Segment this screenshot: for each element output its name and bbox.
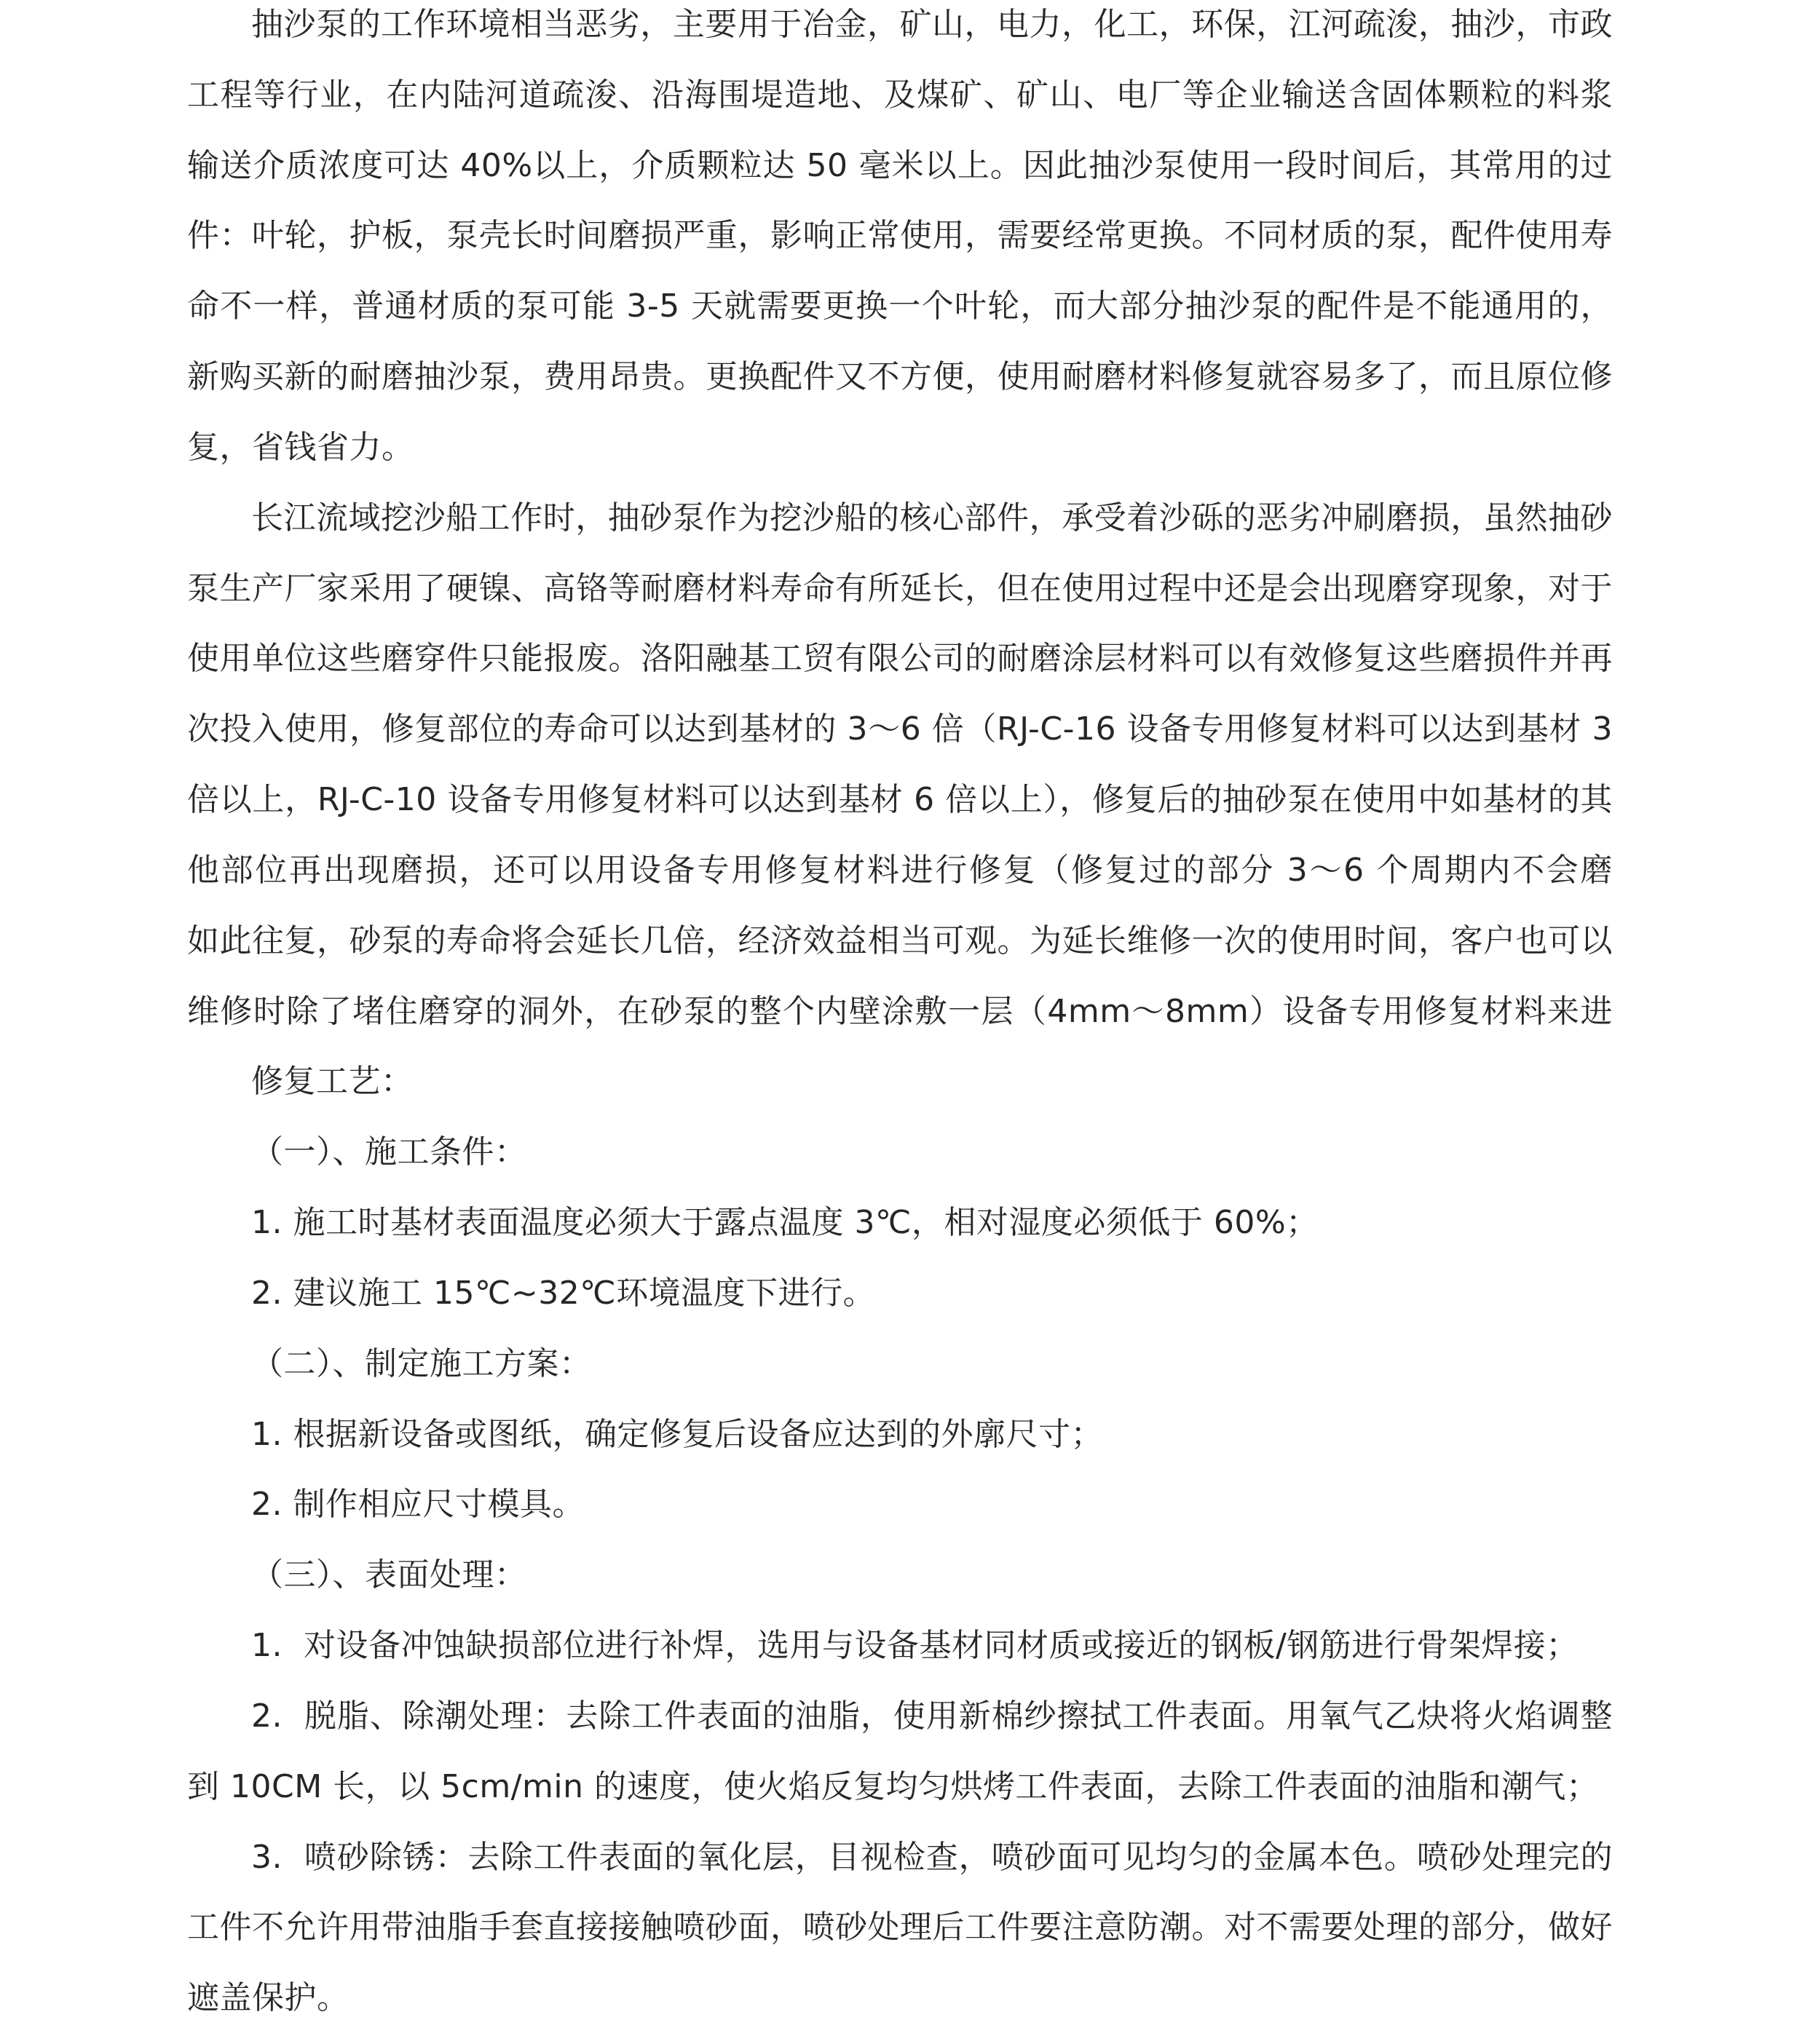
text-line: 到 10CM 长，以 5cm/min 的速度，使火焰反复均匀烘烤工件表面，去除工… <box>187 1752 1613 1823</box>
list-item-surface-1-welding: 1. 对设备冲蚀缺损部位进行补焊，选用与设备基材同材质或接近的钢板/钢筋进行骨架… <box>187 1611 1613 1681</box>
paragraph-intro-pump-environment: 抽沙泵的工作环境相当恶劣，主要用于冶金，矿山，电力，化工，环保，江河疏浚，抽沙，… <box>187 0 1613 483</box>
document-body: 抽沙泵的工作环境相当恶劣，主要用于冶金，矿山，电力，化工，环保，江河疏浚，抽沙，… <box>187 0 1613 2034</box>
heading-repair-process: 修复工艺： <box>187 1047 1613 1117</box>
list-item-condition-1: 1. 施工时基材表面温度必须大于露点温度 3℃，相对湿度必须低于 60%； <box>187 1188 1613 1259</box>
document-page: 抽沙泵的工作环境相当恶劣，主要用于冶金，矿山，电力，化工，环保，江河疏浚，抽沙，… <box>0 0 1805 2044</box>
text-line: 3. 喷砂除锈：去除工件表面的氧化层，目视检查，喷砂面可见均匀的金属本色。喷砂处… <box>187 1823 1613 1893</box>
text-line: 倍以上，RJ-C-10 设备专用修复材料可以达到基材 6 倍以上），修复后的抽砂… <box>187 765 1613 836</box>
text-line: 他部位再出现磨损，还可以用设备专用修复材料进行修复（修复过的部分 3～6 个周期… <box>187 836 1613 906</box>
text-line: 如此往复，砂泵的寿命将会延长几倍，经济效益相当可观。为延长维修一次的使用时间，客… <box>187 906 1613 977</box>
text-line: 遮盖保护。 <box>187 1963 1613 2034</box>
text-line: 复，省钱省力。 <box>187 413 1613 483</box>
text-line: 1. 对设备冲蚀缺损部位进行补焊，选用与设备基材同材质或接近的钢板/钢筋进行骨架… <box>187 1611 1613 1681</box>
text-line: 1. 施工时基材表面温度必须大于露点温度 3℃，相对湿度必须低于 60%； <box>187 1188 1613 1259</box>
text-line: 泵生产厂家采用了硬镍、高铬等耐磨材料寿命有所延长，但在使用过程中还是会出现磨穿现… <box>187 554 1613 625</box>
text-line: 件：叶轮，护板，泵壳长时间磨损严重，影响正常使用，需要经常更换。不同材质的泵，配… <box>187 201 1613 272</box>
list-item-plan-2: 2. 制作相应尺寸模具。 <box>187 1470 1613 1540</box>
list-item-condition-2: 2. 建议施工 15℃~32℃环境温度下进行。 <box>187 1259 1613 1329</box>
text-line: 2. 制作相应尺寸模具。 <box>187 1470 1613 1540</box>
heading-section-2-construction-plan: （二）、制定施工方案： <box>187 1329 1613 1400</box>
text-line: 工程等行业，在内陆河道疏浚、沿海围堤造地、及煤矿、矿山、电厂等企业输送含固体颗粒… <box>187 60 1613 131</box>
list-item-surface-2-degreasing: 2. 脱脂、除潮处理：去除工件表面的油脂，使用新棉纱擦拭工件表面。用氧气乙炔将火… <box>187 1681 1613 1823</box>
text-line: （二）、制定施工方案： <box>187 1329 1613 1400</box>
list-item-surface-3-sandblasting: 3. 喷砂除锈：去除工件表面的氧化层，目视检查，喷砂面可见均匀的金属本色。喷砂处… <box>187 1823 1613 2034</box>
text-line: 次投入使用，修复部位的寿命可以达到基材的 3～6 倍（RJ-C-16 设备专用修… <box>187 694 1613 765</box>
heading-section-3-surface-treatment: （三）、表面处理： <box>187 1540 1613 1611</box>
text-line: 输送介质浓度可达 40%以上，介质颗粒达 50 毫米以上。因此抽沙泵使用一段时间… <box>187 131 1613 202</box>
text-line: 2. 脱脂、除潮处理：去除工件表面的油脂，使用新棉纱擦拭工件表面。用氧气乙炔将火… <box>187 1681 1613 1752</box>
text-line: 抽沙泵的工作环境相当恶劣，主要用于冶金，矿山，电力，化工，环保，江河疏浚，抽沙，… <box>187 0 1613 60</box>
text-line: 长江流域挖沙船工作时，抽砂泵作为挖沙船的核心部件，承受着沙砾的恶劣冲刷磨损，虽然… <box>187 483 1613 554</box>
list-item-plan-1: 1. 根据新设备或图纸，确定修复后设备应达到的外廓尺寸； <box>187 1400 1613 1470</box>
text-line: 新购买新的耐磨抽沙泵，费用昂贵。更换配件又不方便，使用耐磨材料修复就容易多了，而… <box>187 342 1613 413</box>
text-line: 使用单位这些磨穿件只能报废。洛阳融基工贸有限公司的耐磨涂层材料可以有效修复这些磨… <box>187 624 1613 694</box>
text-line: （一）、施工条件： <box>187 1117 1613 1188</box>
text-line: （三）、表面处理： <box>187 1540 1613 1611</box>
text-line: 1. 根据新设备或图纸，确定修复后设备应达到的外廓尺寸； <box>187 1400 1613 1470</box>
text-line: 工件不允许用带油脂手套直接接触喷砂面，喷砂处理后工件要注意防潮。对不需要处理的部… <box>187 1893 1613 1963</box>
paragraph-yangtze-dredger-repair: 长江流域挖沙船工作时，抽砂泵作为挖沙船的核心部件，承受着沙砾的恶劣冲刷磨损，虽然… <box>187 483 1613 1047</box>
text-line: 命不一样，普通材质的泵可能 3-5 天就需要更换一个叶轮，而大部分抽沙泵的配件是… <box>187 272 1613 342</box>
text-line: 2. 建议施工 15℃~32℃环境温度下进行。 <box>187 1259 1613 1329</box>
heading-section-1-construction-conditions: （一）、施工条件： <box>187 1117 1613 1188</box>
text-line: 维修时除了堵住磨穿的洞外，在砂泵的整个内壁涂敷一层（4mm～8mm）设备专用修复… <box>187 977 1613 1047</box>
text-line: 修复工艺： <box>187 1047 1613 1117</box>
